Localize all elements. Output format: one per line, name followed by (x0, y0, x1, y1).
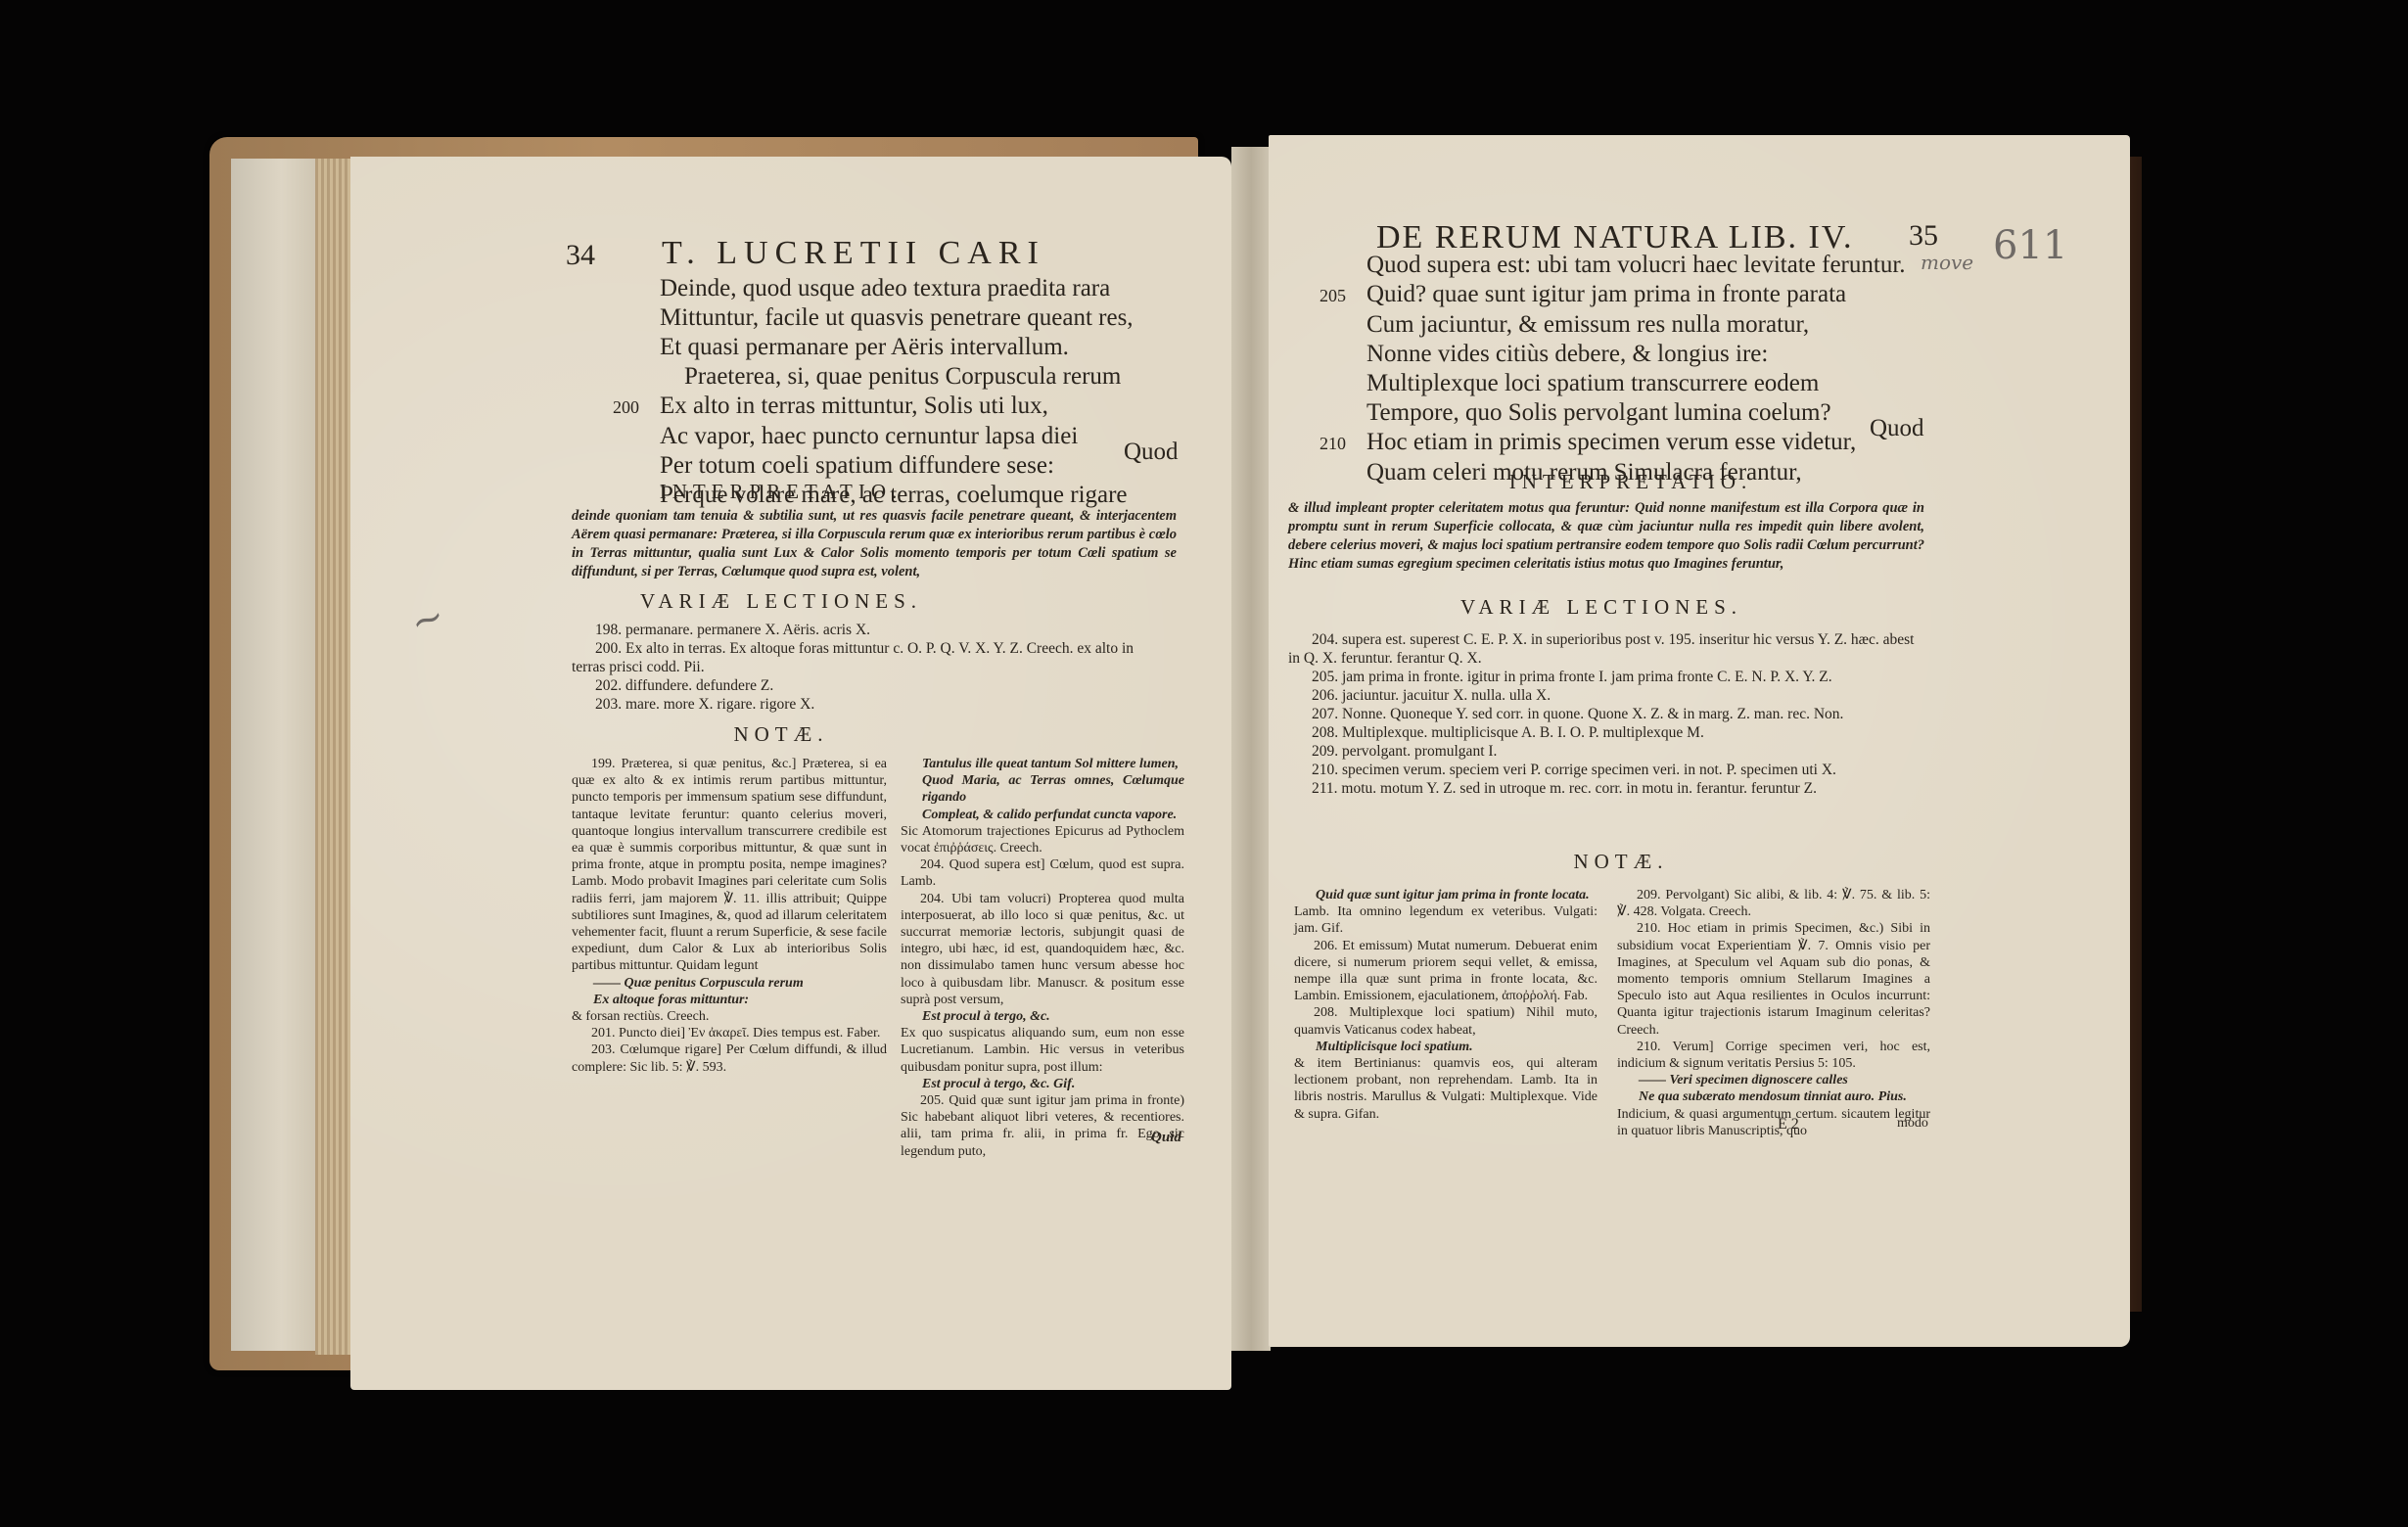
note-paragraph: 205. Quid quæ sunt igitur jam prima in f… (901, 1092, 1184, 1160)
right-verses: Quod supera est: ubi tam volucri haec le… (1320, 251, 1917, 487)
verse-text: Nonne vides citiùs debere, & longius ire… (1366, 341, 1768, 367)
verse-line: 205Quid? quae sunt igitur jam prima in f… (1320, 280, 1917, 310)
right-interpretatio-text: & illud impleant propter celeritatem mot… (1288, 499, 1924, 574)
verse-text: Et quasi permanare per Aëris intervallum… (660, 334, 1069, 360)
note-paragraph: Indicium, & quasi argumentum certum. sic… (1617, 1106, 1930, 1139)
variant-reading: 202. diffundere. defundere Z. (572, 676, 1169, 695)
note-paragraph: 201. Puncto diei] Ἐν ἀκαρεῖ. Dies tempus… (572, 1025, 887, 1041)
verse-text: Hoc etiam in primis specimen verum esse … (1366, 429, 1856, 455)
variant-reading: 207. Nonne. Quoneque Y. sed corr. in quo… (1288, 705, 1915, 723)
verse-line: Praeterea, si, quae penitus Corpuscula r… (613, 362, 1161, 392)
variant-reading: 209. pervolgant. promulgant I. (1288, 742, 1915, 761)
verse-text: Praeterea, si, quae penitus Corpuscula r… (660, 363, 1121, 390)
note-paragraph: 210. Hoc etiam in primis Specimen, &c.) … (1617, 920, 1930, 1038)
verse-text: Tempore, quo Solis pervolgant lumina coe… (1366, 399, 1831, 426)
right-notae-col1: Quid quæ sunt igitur jam prima in fronte… (1294, 887, 1598, 1123)
quoted-verse: Compleat, & calido perfundat cuncta vapo… (901, 807, 1184, 823)
verse-text: Ex alto in terras mittuntur, Solis uti l… (660, 393, 1048, 419)
verse-line: Cum jaciuntur, & emissum res nulla morat… (1320, 310, 1917, 340)
verse-text: Quod supera est: ubi tam volucri haec le… (1366, 252, 1906, 278)
left-pencil-mark: ~ (404, 593, 450, 647)
quoted-verse: —— Quæ penitus Corpuscula rerum (572, 975, 887, 992)
verse-line: 210Hoc etiam in primis specimen verum es… (1320, 428, 1917, 458)
note-paragraph: 203. Cœlumque rigare] Per Cœlum diffundi… (572, 1041, 887, 1075)
right-page: DE RERUM NATURA LIB. IV. 35 move 611 Quo… (1269, 135, 2130, 1347)
left-interpretatio-heading: INTERPRETATIO. (507, 480, 1055, 504)
variant-reading: 203. mare. more X. rigare. rigore X. (572, 695, 1169, 714)
verse-number: 210 (1320, 429, 1366, 458)
right-catchword-verse: Quod (1870, 415, 1924, 442)
verse-line: Mittuntur, facile ut quasvis penetrare q… (613, 303, 1161, 333)
verse-line: Quod supera est: ubi tam volucri haec le… (1320, 251, 1917, 280)
quoted-verse: Est procul à tergo, &c. Gif. (901, 1076, 1184, 1092)
variant-reading: 208. Multiplexque. multiplicisque A. B. … (1288, 723, 1915, 742)
note-paragraph: Sic Atomorum trajectiones Epicurus ad Py… (901, 823, 1184, 856)
quoted-verse: Ne qua subærato mendosum tinniat auro. P… (1617, 1088, 1930, 1105)
variant-reading: 204. supera est. superest C. E. P. X. in… (1288, 630, 1915, 668)
left-running-head: T. LUCRETII CARI (662, 235, 1045, 272)
verse-text: Cum jaciuntur, & emissum res nulla morat… (1366, 311, 1809, 338)
verse-line: Per totum coeli spatium diffundere sese: (613, 451, 1161, 481)
handwritten-note: move (1921, 251, 1973, 274)
right-notae-col2: 209. Pervolgant) Sic alibi, & lib. 4: ℣.… (1617, 887, 1930, 1139)
verse-line: Ac vapor, haec puncto cernuntur lapsa di… (613, 422, 1161, 451)
left-notae-col2: Tantulus ille queat tantum Sol mittere l… (901, 756, 1184, 1160)
note-paragraph: 204. Quod supera est] Cœlum, quod est su… (901, 856, 1184, 890)
left-verses: Deinde, quod usque adeo textura praedita… (613, 274, 1161, 510)
quoted-verse: —— Veri specimen dignoscere calles (1617, 1072, 1930, 1088)
variant-reading: 211. motu. motum Y. Z. sed in utroque m.… (1288, 779, 1915, 798)
verse-line: Tempore, quo Solis pervolgant lumina coe… (1320, 398, 1917, 428)
left-page: 34 T. LUCRETII CARI Deinde, quod usque a… (350, 157, 1231, 1390)
verse-text: Mittuntur, facile ut quasvis penetrare q… (660, 304, 1134, 331)
variant-reading: 205. jam prima in fronte. igitur in prim… (1288, 668, 1915, 686)
flyleaf (231, 159, 315, 1351)
left-catchword-verse: Quod (1124, 439, 1179, 466)
verse-line: Deinde, quod usque adeo textura praedita… (613, 274, 1161, 303)
handwritten-number: 611 (1993, 223, 2067, 268)
right-folio: 35 (1909, 219, 1938, 253)
note-paragraph: 199. Præterea, si quæ penitus, &c.] Præt… (572, 756, 887, 975)
left-catchword-notes: Quid (1151, 1130, 1181, 1146)
left-variae-list: 198. permanare. permanere X. Aëris. acri… (572, 621, 1169, 714)
variant-reading: 200. Ex alto in terras. Ex altoque foras… (572, 639, 1169, 676)
verse-text: Ac vapor, haec puncto cernuntur lapsa di… (660, 423, 1078, 449)
verse-text: Multiplexque loci spatium transcurrere e… (1366, 370, 1819, 396)
left-notae-heading: NOTÆ. (546, 722, 1016, 747)
signature-mark: E 2 (1778, 1116, 1799, 1134)
right-notae-heading: NOTÆ. (1474, 850, 1768, 874)
left-variae-heading: VARIÆ LECTIONES. (507, 589, 1055, 614)
right-interpretatio-heading: INTERPRETATIO. (1357, 470, 1905, 494)
note-paragraph: 209. Pervolgant) Sic alibi, & lib. 4: ℣.… (1617, 887, 1930, 920)
quoted-verse: Tantulus ille queat tantum Sol mittere l… (901, 756, 1184, 772)
quoted-verse: Est procul à tergo, &c. (901, 1008, 1184, 1025)
variant-reading: 206. jaciuntur. jacuitur X. nulla. ulla … (1288, 686, 1915, 705)
right-catchword-notes: modo (1897, 1116, 1928, 1132)
verse-text: Deinde, quod usque adeo textura praedita… (660, 275, 1110, 301)
variant-reading: 210. specimen verum. speciem veri P. cor… (1288, 761, 1915, 779)
note-paragraph: 206. Et emissum) Mutat numerum. Debuerat… (1294, 938, 1598, 1005)
verse-text: Per totum coeli spatium diffundere sese: (660, 452, 1054, 479)
quoted-verse: Multiplicisque loci spatium. (1294, 1039, 1598, 1055)
verse-text: Quid? quae sunt igitur jam prima in fron… (1366, 281, 1846, 307)
note-paragraph: Lamb. Ita omnino legendum ex veteribus. … (1294, 903, 1598, 937)
left-folio: 34 (566, 239, 595, 272)
note-paragraph: 208. Multiplexque loci spatium) Nihil mu… (1294, 1004, 1598, 1038)
note-paragraph: Ex quo suspicatus aliquando sum, eum non… (901, 1025, 1184, 1076)
left-notae-col1: 199. Præterea, si quæ penitus, &c.] Præt… (572, 756, 887, 1076)
verse-number: 205 (1320, 281, 1366, 310)
variant-reading: 198. permanare. permanere X. Aëris. acri… (572, 621, 1169, 639)
verse-number: 200 (613, 393, 660, 422)
note-paragraph: & forsan rectiùs. Creech. (572, 1008, 887, 1025)
verse-line: 200Ex alto in terras mittuntur, Solis ut… (613, 392, 1161, 422)
note-paragraph: 204. Ubi tam volucri) Propterea quod mul… (901, 891, 1184, 1008)
left-interpretatio-text: deinde quoniam tam tenuia & subtilia sun… (572, 507, 1177, 581)
verse-line: Et quasi permanare per Aëris intervallum… (613, 333, 1161, 362)
page-edges-strip (315, 159, 354, 1355)
note-paragraph: & item Bertinianus: quamvis eos, qui alt… (1294, 1055, 1598, 1123)
note-paragraph: 210. Verum] Corrige specimen veri, hoc e… (1617, 1039, 1930, 1072)
quoted-verse: Quod Maria, ac Terras omnes, Cœlumque ri… (901, 772, 1184, 806)
verse-line: Nonne vides citiùs debere, & longius ire… (1320, 340, 1917, 369)
book-gutter (1231, 147, 1271, 1351)
verse-line: Multiplexque loci spatium transcurrere e… (1320, 369, 1917, 398)
quoted-verse: Quid quæ sunt igitur jam prima in fronte… (1294, 887, 1598, 903)
right-variae-list: 204. supera est. superest C. E. P. X. in… (1288, 630, 1915, 798)
right-variae-heading: VARIÆ LECTIONES. (1327, 595, 1875, 620)
quoted-verse: Ex altoque foras mittuntur: (572, 992, 887, 1008)
